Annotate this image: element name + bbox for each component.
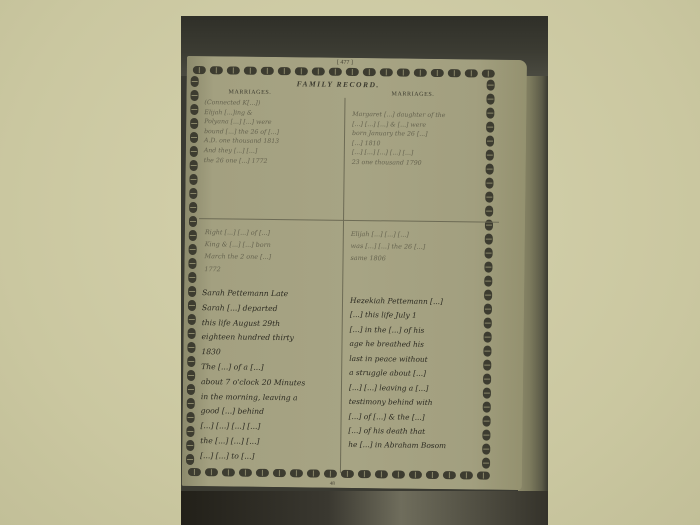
border-ornament-icon: [188, 468, 201, 476]
section-divider: [199, 218, 499, 223]
border-ornament-icon: [486, 150, 494, 161]
page-number: [ 477 ]: [337, 60, 353, 66]
border-ornament-icon: [482, 70, 495, 78]
border-ornament-icon: [375, 470, 388, 478]
ornamental-border-bottom: [188, 468, 490, 480]
border-ornament-icon: [397, 68, 410, 76]
border-ornament-icon: [191, 76, 199, 87]
document-photograph: [ 477 ] FAMILY RECORD. MARRIAGES. MARRIA…: [181, 16, 548, 525]
entry-left-top: (Connected K[...]) Elijah [...]ing & Pol…: [204, 98, 343, 167]
border-ornament-icon: [324, 470, 337, 478]
border-ornament-icon: [205, 468, 218, 476]
border-ornament-icon: [409, 471, 422, 479]
border-ornament-icon: [239, 469, 252, 477]
book-shadow-bottom: [181, 491, 548, 525]
ornamental-border-right: [482, 80, 495, 469]
border-ornament-icon: [482, 444, 490, 455]
border-ornament-icon: [341, 470, 354, 478]
border-ornament-icon: [486, 136, 494, 147]
border-ornament-icon: [483, 374, 491, 385]
border-ornament-icon: [484, 276, 492, 287]
border-ornament-icon: [329, 68, 342, 76]
entry-right-middle: Elijah [...] [...] [...] was [...] [...]…: [350, 228, 480, 266]
border-ornament-icon: [273, 469, 286, 477]
border-ornament-icon: [187, 342, 195, 353]
border-ornament-icon: [484, 304, 492, 315]
border-ornament-icon: [484, 262, 492, 273]
border-ornament-icon: [431, 69, 444, 77]
border-ornament-icon: [193, 66, 206, 74]
family-record-page: [ 477 ] FAMILY RECORD. MARRIAGES. MARRIA…: [182, 56, 527, 490]
border-ornament-icon: [312, 67, 325, 75]
border-ornament-icon: [186, 426, 194, 437]
border-ornament-icon: [485, 192, 493, 203]
border-ornament-icon: [483, 416, 491, 427]
left-column-heading: MARRIAGES.: [229, 89, 272, 96]
border-ornament-icon: [190, 146, 198, 157]
right-column-heading: MARRIAGES.: [392, 91, 435, 98]
border-ornament-icon: [483, 360, 491, 371]
border-ornament-icon: [187, 398, 195, 409]
border-ornament-icon: [188, 314, 196, 325]
border-ornament-icon: [188, 328, 196, 339]
border-ornament-icon: [210, 66, 223, 74]
border-ornament-icon: [477, 471, 490, 479]
border-ornament-icon: [189, 174, 197, 185]
border-ornament-icon: [426, 471, 439, 479]
border-ornament-icon: [485, 234, 493, 245]
border-ornament-icon: [486, 94, 494, 105]
border-ornament-icon: [189, 244, 197, 255]
border-ornament-icon: [190, 90, 198, 101]
border-ornament-icon: [484, 318, 492, 329]
border-ornament-icon: [486, 108, 494, 119]
border-ornament-icon: [187, 370, 195, 381]
border-ornament-icon: [227, 66, 240, 74]
border-ornament-icon: [414, 69, 427, 77]
border-ornament-icon: [487, 80, 495, 91]
border-ornament-icon: [188, 286, 196, 297]
border-ornament-icon: [485, 248, 493, 259]
border-ornament-icon: [187, 384, 195, 395]
border-ornament-icon: [190, 104, 198, 115]
border-ornament-icon: [482, 430, 490, 441]
border-ornament-icon: [189, 188, 197, 199]
border-ornament-icon: [392, 470, 405, 478]
border-ornament-icon: [190, 132, 198, 143]
border-ornament-icon: [346, 68, 359, 76]
footer-signature-mark: 48: [330, 482, 335, 487]
border-ornament-icon: [261, 67, 274, 75]
border-ornament-icon: [307, 469, 320, 477]
border-ornament-icon: [484, 332, 492, 343]
border-ornament-icon: [256, 469, 269, 477]
border-ornament-icon: [486, 122, 494, 133]
border-ornament-icon: [358, 470, 371, 478]
border-ornament-icon: [290, 469, 303, 477]
border-ornament-icon: [482, 458, 490, 469]
border-ornament-icon: [188, 258, 196, 269]
border-ornament-icon: [448, 69, 461, 77]
border-ornament-icon: [465, 69, 478, 77]
border-ornament-icon: [189, 216, 197, 227]
border-ornament-icon: [189, 230, 197, 241]
border-ornament-icon: [190, 118, 198, 129]
border-ornament-icon: [380, 68, 393, 76]
border-ornament-icon: [186, 440, 194, 451]
record-title: FAMILY RECORD.: [297, 79, 380, 89]
border-ornament-icon: [485, 178, 493, 189]
border-ornament-icon: [188, 272, 196, 283]
border-ornament-icon: [295, 67, 308, 75]
border-ornament-icon: [222, 468, 235, 476]
border-ornament-icon: [278, 67, 291, 75]
border-ornament-icon: [486, 164, 494, 175]
border-ornament-icon: [188, 300, 196, 311]
entry-left-middle: Right [...] [...] of [...] King & [...] …: [204, 226, 341, 276]
entry-right-bottom: Hezekiah Pettemann [...] [...] this life…: [348, 294, 484, 454]
ornamental-border-left: [186, 76, 199, 465]
border-ornament-icon: [483, 388, 491, 399]
border-ornament-icon: [187, 412, 195, 423]
entry-right-top: Margaret [...] daughter of the [...] [..…: [352, 110, 483, 169]
border-ornament-icon: [189, 202, 197, 213]
border-ornament-icon: [484, 290, 492, 301]
border-ornament-icon: [244, 67, 257, 75]
border-ornament-icon: [460, 471, 473, 479]
border-ornament-icon: [483, 346, 491, 357]
border-ornament-icon: [483, 402, 491, 413]
border-ornament-icon: [443, 471, 456, 479]
border-ornament-icon: [190, 160, 198, 171]
entry-left-bottom: Sarah Pettemann Late Sarah [...] departe…: [200, 286, 342, 465]
border-ornament-icon: [186, 454, 194, 465]
ornamental-border-top: [193, 66, 495, 78]
border-ornament-icon: [485, 206, 493, 217]
border-ornament-icon: [363, 68, 376, 76]
border-ornament-icon: [187, 356, 195, 367]
